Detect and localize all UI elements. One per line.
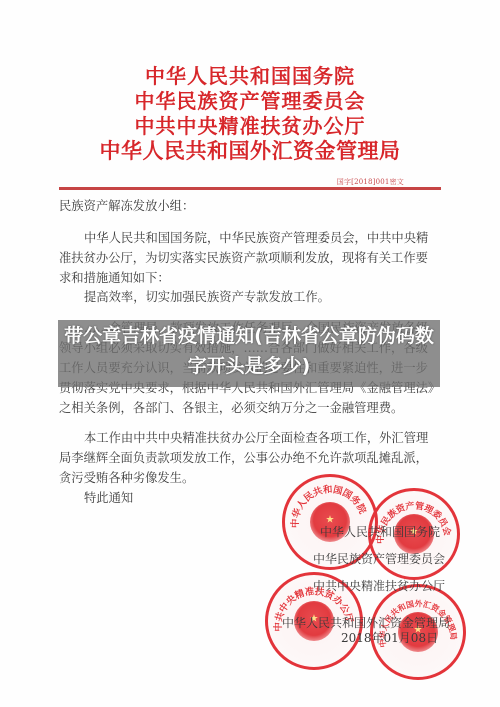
signature-date: 2018年01月08日 (341, 629, 438, 646)
signature-asset-committee: 中华民族资产管理委员会 (313, 550, 445, 567)
signature-state-council: 中华人民共和国国务院 (320, 523, 440, 540)
signature-poverty-office: 中共中央精准扶贫办公厅 (313, 577, 445, 594)
svg-text:中华人民共和国国务院: 中华人民共和国国务院 (289, 483, 369, 528)
document-page: 中华人民共和国国务院 中华民族资产管理委员会 中共中央精准扶贫办公厅 中华人民共… (0, 0, 500, 707)
overlay-title: 带公章吉林省疫情通知(吉林省公章防伪码数字开头是多少) (58, 321, 440, 381)
